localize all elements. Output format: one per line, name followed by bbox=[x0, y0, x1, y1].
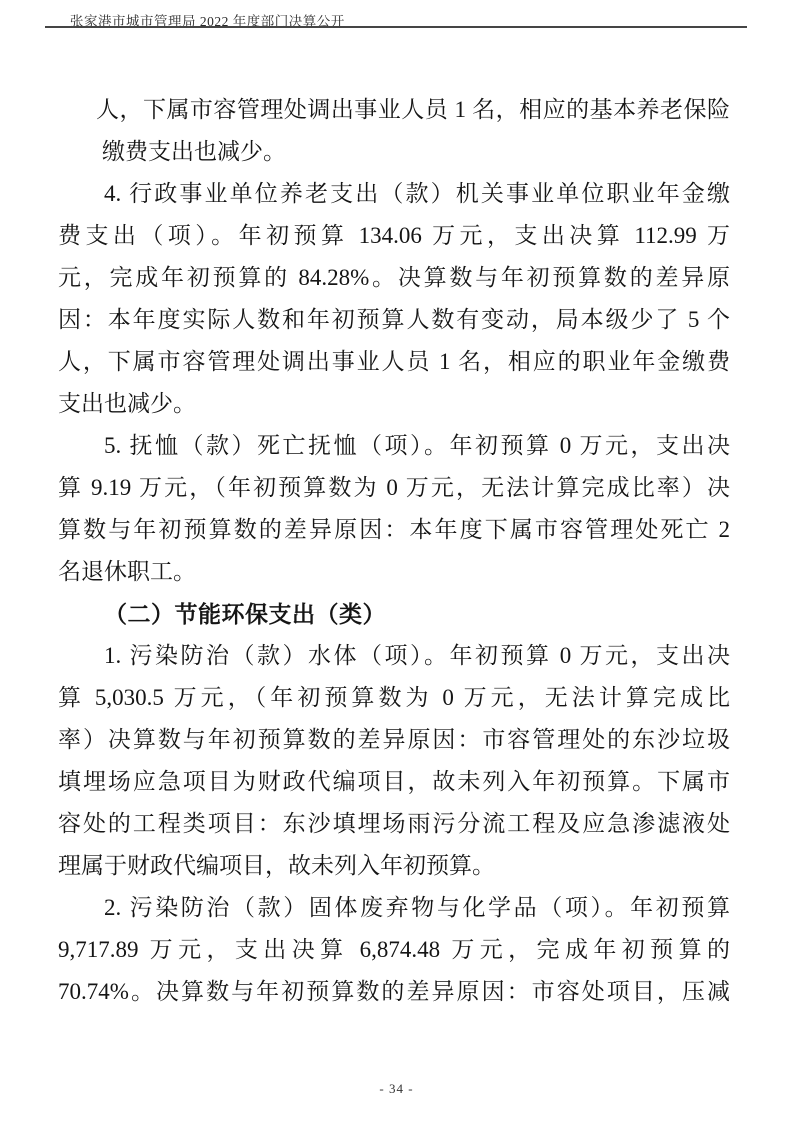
body-line: 理属于财政代编项目，故未列入年初预算。 bbox=[58, 845, 730, 887]
page-number: - 34 - bbox=[0, 1081, 793, 1097]
body-line: 率）决算数与年初预算数的差异原因：市容管理处的东沙垃圾 bbox=[58, 719, 730, 761]
body-line: 缴费支出也减少。 bbox=[58, 131, 730, 173]
body-line: 元，完成年初预算的 84.28%。决算数与年初预算数的差异原 bbox=[58, 257, 730, 299]
body-line: 因：本年度实际人数和年初预算人数有变动，局本级少了 5 个 bbox=[58, 299, 730, 341]
body-line: 容处的工程类项目：东沙填埋场雨污分流工程及应急渗滤液处 bbox=[58, 803, 730, 845]
body-line: 算 9.19 万元，（年初预算数为 0 万元，无法计算完成比率）决 bbox=[58, 467, 730, 509]
body-line: 人，下属市容管理处调出事业人员 1 名，相应的基本养老保险 bbox=[58, 89, 730, 131]
body-line: 填埋场应急项目为财政代编项目，故未列入年初预算。下属市 bbox=[58, 761, 730, 803]
body-line: 5. 抚恤（款）死亡抚恤（项）。年初预算 0 万元，支出决 bbox=[58, 425, 730, 467]
body-line: 1. 污染防治（款）水体（项）。年初预算 0 万元，支出决 bbox=[58, 635, 730, 677]
body-line: 支出也减少。 bbox=[58, 383, 730, 425]
body-line: 4. 行政事业单位养老支出（款）机关事业单位职业年金缴 bbox=[58, 173, 730, 215]
body-line: 9,717.89 万元，支出决算 6,874.48 万元，完成年初预算的 bbox=[58, 929, 730, 971]
body-line: 算数与年初预算数的差异原因：本年度下属市容管理处死亡 2 bbox=[58, 509, 730, 551]
body-line: 70.74%。决算数与年初预算数的差异原因：市容处项目，压减 bbox=[58, 971, 730, 1013]
header-rule bbox=[45, 26, 747, 28]
body-line: 人，下属市容管理处调出事业人员 1 名，相应的职业年金缴费 bbox=[58, 341, 730, 383]
document-page: 张家港市城市管理局 2022 年度部门决算公开 人，下属市容管理处调出事业人员 … bbox=[0, 0, 793, 1122]
section-heading: （二）节能环保支出（类） bbox=[58, 593, 730, 635]
body-line: 名退休职工。 bbox=[58, 551, 730, 593]
body-line: 2. 污染防治（款）固体废弃物与化学品（项）。年初预算 bbox=[58, 887, 730, 929]
document-body: 人，下属市容管理处调出事业人员 1 名，相应的基本养老保险 缴费支出也减少。 4… bbox=[58, 89, 730, 1013]
body-line: 算 5,030.5 万元，（年初预算数为 0 万元，无法计算完成比 bbox=[58, 677, 730, 719]
body-line: 费支出（项）。年初预算 134.06 万元，支出决算 112.99 万 bbox=[58, 215, 730, 257]
